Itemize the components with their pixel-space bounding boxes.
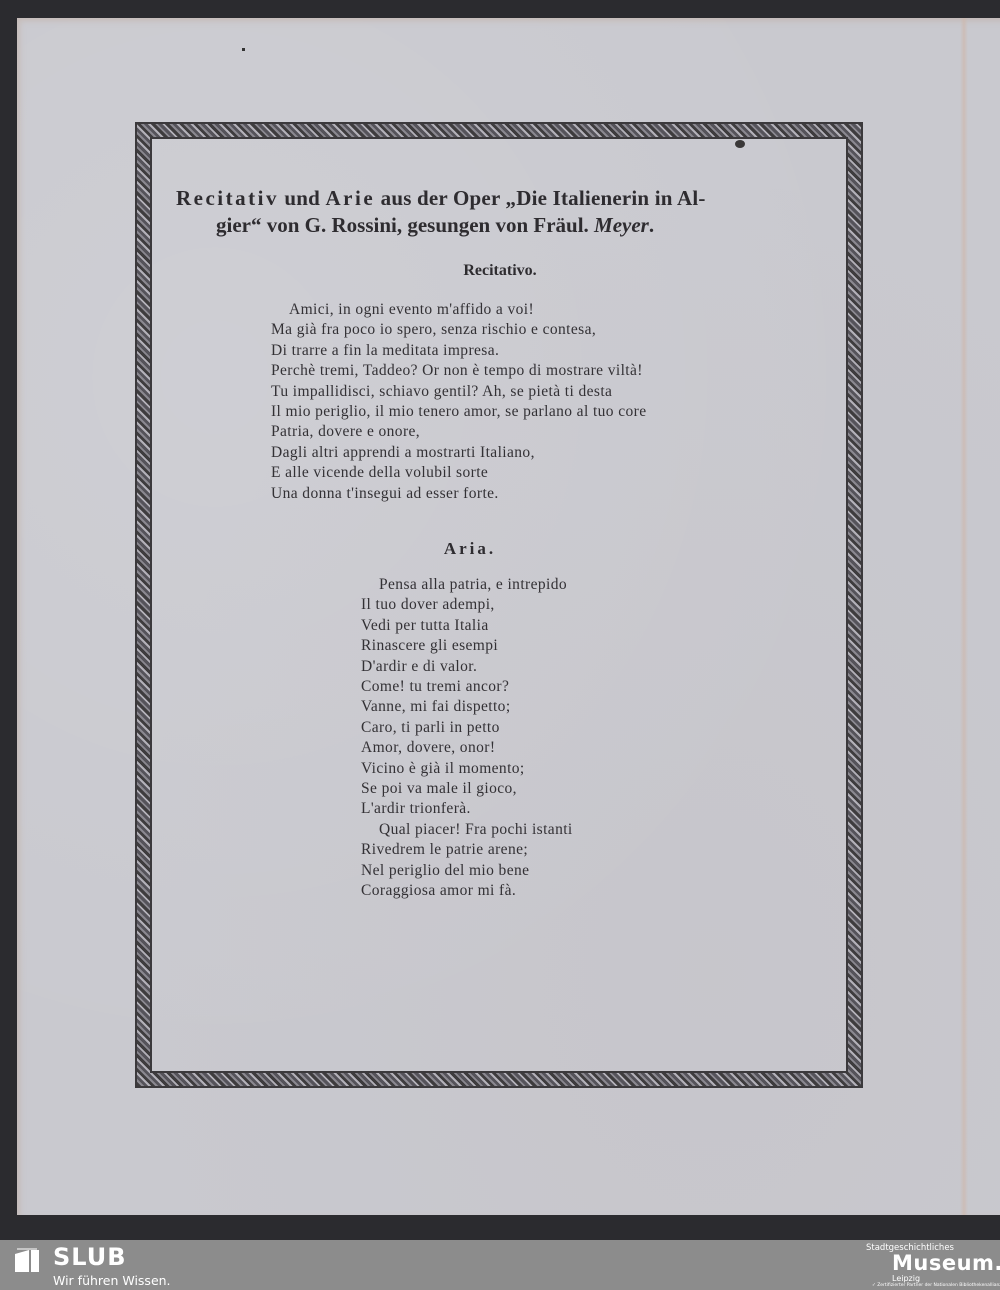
verse-line: Come! tu tremi ancor? <box>361 677 573 697</box>
verse-line: E alle vicende della volubil sorte <box>271 463 647 483</box>
verse-line: Amici, in ogni evento m'affido a voi! <box>271 300 647 320</box>
recitativo-heading: Recitativo. <box>0 262 1000 280</box>
verse-line: Vicino è già il momento; <box>361 759 573 779</box>
verse-line: Caro, ti parli in petto <box>361 718 573 738</box>
recitativo-text: Amici, in ogni evento m'affido a voi! Ma… <box>271 300 647 504</box>
verse-line: L'ardir trionferà. <box>361 799 573 819</box>
ink-blot <box>735 140 745 148</box>
document-title: Recitativ und Arie aus der Oper „Die Ita… <box>176 185 816 239</box>
title-recitativ: Recitativ <box>176 186 279 210</box>
page-fold <box>960 18 968 1215</box>
title-line-2: gier“ von G. Rossini, gesungen von Fräul… <box>176 212 816 239</box>
verse-line: D'ardir e di valor. <box>361 657 573 677</box>
verse-line: Qual piacer! Fra pochi istanti <box>361 820 573 840</box>
museum-name: Museum. <box>892 1251 1000 1275</box>
slub-logo-text[interactable]: SLUB <box>53 1243 127 1271</box>
verse-line: Nel periglio del mio bene <box>361 861 573 881</box>
verse-line: Amor, dovere, onor! <box>361 738 573 758</box>
verse-line: Ma già fra poco io spero, senza rischio … <box>271 320 647 340</box>
title-composer: gier“ von G. Rossini, gesungen von Fräul… <box>216 213 594 237</box>
verse-line: Dagli altri apprendi a mostrarti Italian… <box>271 443 647 463</box>
verse-line: Il tuo dover adempi, <box>361 595 573 615</box>
museum-city: Leipzig <box>892 1274 920 1283</box>
slub-book-icon <box>13 1248 41 1274</box>
title-und: und <box>279 186 326 210</box>
verse-line: Se poi va male il gioco, <box>361 779 573 799</box>
verse-line: Rinascere gli esempi <box>361 636 573 656</box>
verse-line: Tu impallidisci, schiavo gentil? Ah, se … <box>271 382 647 402</box>
verse-line: Rivedrem le patrie arene; <box>361 840 573 860</box>
footer-bar: SLUB Wir führen Wissen. Stadtgeschichtli… <box>0 1240 1000 1290</box>
slub-tagline: Wir führen Wissen. <box>53 1273 171 1288</box>
verse-line: Patria, dovere e onore, <box>271 422 647 442</box>
aria-text: Pensa alla patria, e intrepido Il tuo do… <box>361 575 573 902</box>
verse-line: Vanne, mi fai dispetto; <box>361 697 573 717</box>
title-line-1: Recitativ und Arie aus der Oper „Die Ita… <box>176 185 816 212</box>
verse-line: Coraggiosa amor mi fà. <box>361 881 573 901</box>
title-period: . <box>649 213 654 237</box>
verse-line: Una donna t'insegui ad esser forte. <box>271 484 647 504</box>
verse-line: Perchè tremi, Taddeo? Or non è tempo di … <box>271 361 647 381</box>
title-arie: Arie <box>326 186 376 210</box>
aria-heading: Aria. <box>0 539 940 559</box>
title-opera: aus der Oper „Die Italienerin in Al- <box>375 186 705 210</box>
document-viewer: Recitativ und Arie aus der Oper „Die Ita… <box>0 0 1000 1240</box>
title-singer: Meyer <box>594 213 649 237</box>
verse-line: Di trarre a fin la meditata impresa. <box>271 341 647 361</box>
verse-line: Il mio periglio, il mio tenero amor, se … <box>271 402 647 422</box>
verse-line: Vedi per tutta Italia <box>361 616 573 636</box>
verse-line: Pensa alla patria, e intrepido <box>361 575 573 595</box>
museum-certification: ✓ Zertifizierter Partner der Nationalen … <box>872 1283 1000 1288</box>
ink-speck <box>242 48 245 51</box>
